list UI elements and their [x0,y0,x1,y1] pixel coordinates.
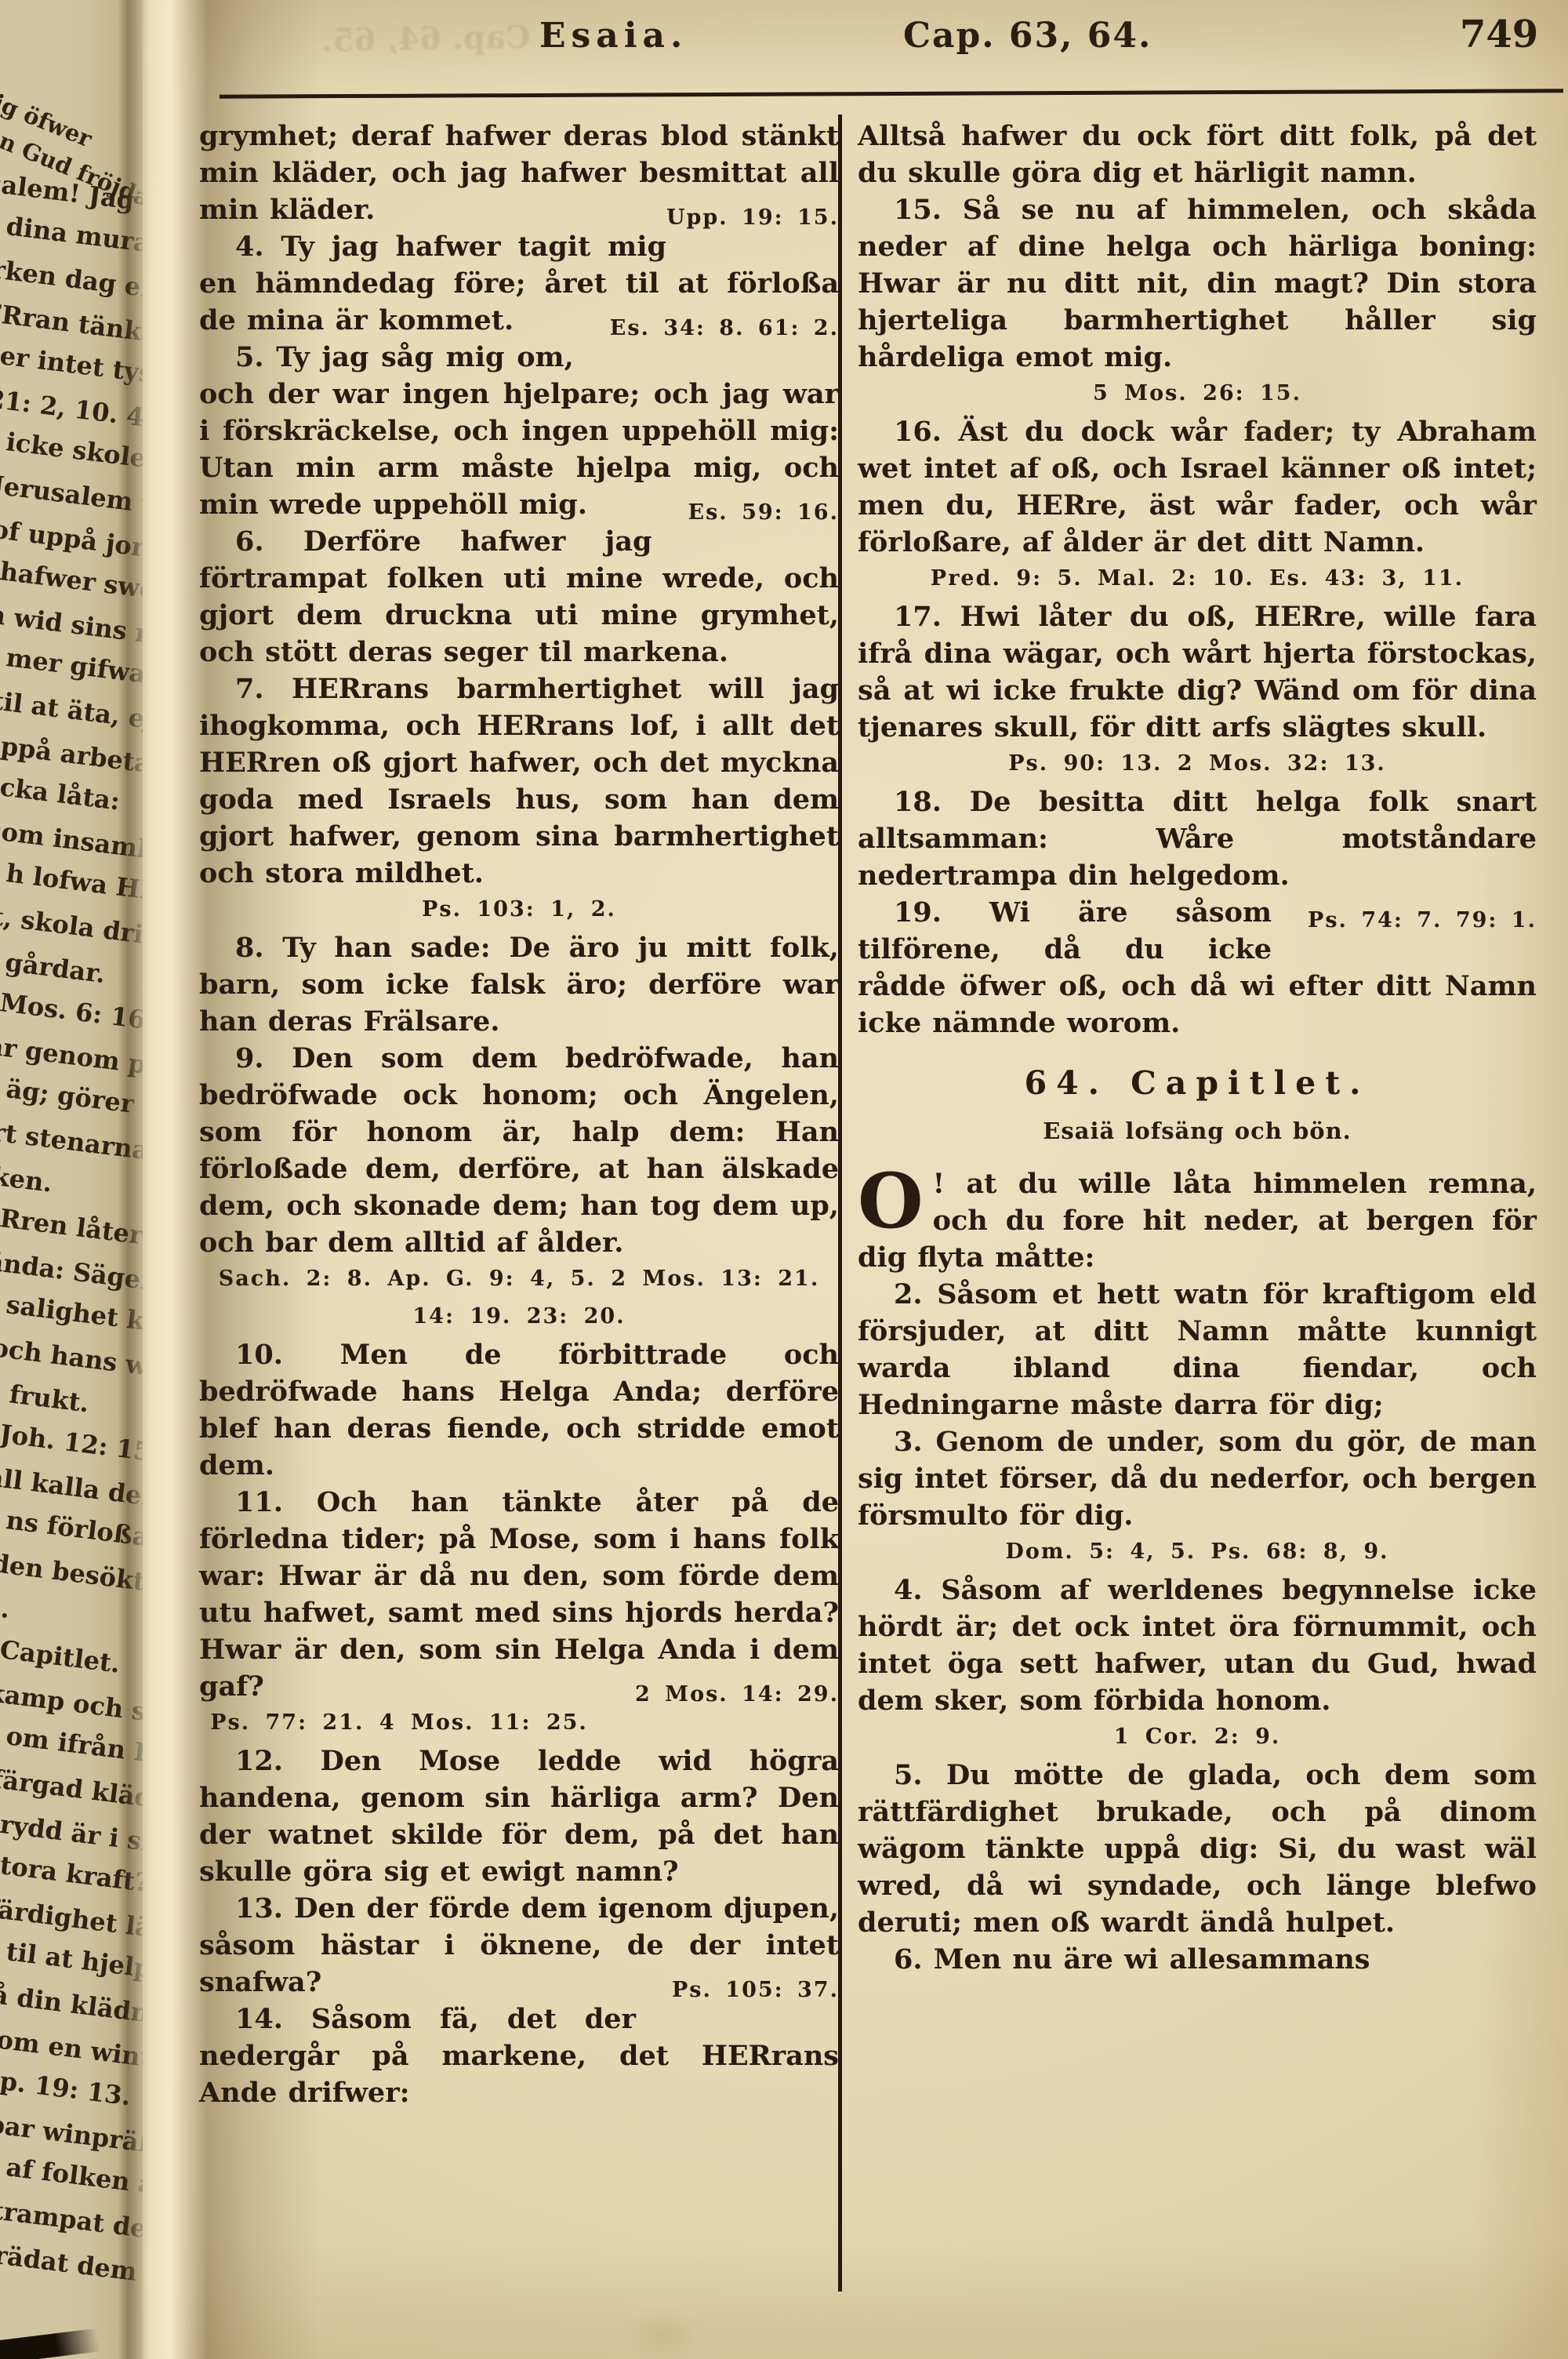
running-header-chapter-label: Cap. 63, 64. [903,16,1152,56]
verse-paragraph-dropcap: O! at du wille låta himmelen remna, och … [858,1165,1537,1276]
verse-paragraph: 3. Genom de under, som du gör, de man si… [858,1423,1537,1534]
verse-paragraph: 6. Derföre hafwer jag förtrampat folken … [199,523,839,671]
verse-paragraph: 14. Såsom fä, det der nedergår på marken… [199,2001,839,2111]
cross-reference-inline: 2 Mos. 14: 29. [599,1668,839,1713]
verse-paragraph: 11. Och han tänkte åter på de förledna t… [199,1484,839,1705]
cross-reference-line: Pred. 9: 5. Mal. 2: 10. Es. 43: 3, 11. [858,561,1537,598]
verse-paragraph: 7. HERrans barmhertighet will jag ihogko… [199,671,839,892]
verse-paragraph: Alltså hafwer du ock fört ditt folk, på … [858,118,1537,191]
verse-paragraph: 12. Den Mose ledde wid högra handena, ge… [199,1743,839,1890]
verse-paragraph: 13. Den der förde dem igenom djupen, sås… [199,1890,839,2001]
verse-paragraph: 2. Såsom et hett watn för kraftigom eld … [858,1276,1537,1423]
cross-reference-inline: Upp. 19: 15. [666,191,839,236]
cross-reference-inline: Ps. 74: 7. 79: 1. [1272,894,1537,939]
chapter-subtitle: Esaiä lofsäng och bön. [858,1113,1537,1165]
text-column-right: Alltså hafwer du ock fört ditt folk, på … [858,118,1537,1978]
verse-paragraph: 5. Ty jag såg mig om, och der war ingen … [199,339,839,523]
paper-stain [619,2306,706,2359]
cross-reference-line: 14: 19. 23: 20. [199,1299,839,1336]
verse-paragraph: 17. Hwi låter du oß, HERre, wille fara i… [858,598,1537,746]
book-page-scan: sig öfwern Gud fröjdasalem! Jag willdina… [0,0,1568,2359]
cross-reference-line: Dom. 5: 4, 5. Ps. 68: 8, 9. [858,1534,1537,1572]
cross-reference-line: Ps. 90: 13. 2 Mos. 32: 13. [858,746,1537,783]
verse-paragraph: 9. Den som dem bedröfwade, han bedröfwad… [199,1040,839,1261]
verse-paragraph: 6. Men nu äre wi allesammans [858,1941,1537,1978]
verse-paragraph: 18. De besitta ditt helga folk snart all… [858,783,1537,894]
cross-reference-inline: Ps. 105: 37. [636,1964,839,2008]
cross-reference-line: 1 Cor. 2: 9. [858,1719,1537,1757]
verse-paragraph: 5. Du mötte de glada, och dem som rättfä… [858,1757,1537,1941]
header-ink-ghost: Cap. 64, 65. [321,19,531,60]
previous-page-edge: sig öfwern Gud fröjdasalem! Jag willdina… [0,0,143,2359]
running-header-book-title: Esaia. [539,16,688,56]
cross-reference-inline: Es. 34: 8. 61: 2. [574,302,839,347]
verse-paragraph: 16. Äst du dock wår fader; ty Abraham we… [858,413,1537,561]
cross-reference-line: Ps. 103: 1, 2. [199,892,839,929]
verse-paragraph: 4. Såsom af werldenes begynnelse icke hö… [858,1572,1537,1719]
previous-page-text-fragments: sig öfwern Gud fröjdasalem! Jag willdina… [0,75,143,2275]
cross-reference-line: 5 Mos. 26: 15. [858,376,1537,413]
verse-paragraph: grymhet; deraf hafwer deras blod stänkt … [199,118,839,228]
verse-paragraph: 8. Ty han sade: De äro ju mitt folk, bar… [199,929,839,1040]
chapter-heading: 64. Capitlet. [858,1041,1537,1113]
text-column-left: grymhet; deraf hafwer deras blod stänkt … [199,118,839,2111]
verse-paragraph: 10. Men de förbittrade och bedröfwade ha… [199,1336,839,1484]
verse-paragraph: 15. Så se nu af himmelen, och skåda nede… [858,191,1537,376]
cross-reference-line: Sach. 2: 8. Ap. G. 9: 4, 5. 2 Mos. 13: 2… [199,1261,839,1299]
page-number: 749 [1460,13,1538,56]
header-rule [220,89,1563,98]
cross-reference-inline: Es. 59: 16. [652,486,840,531]
drop-cap-initial: O [858,1165,933,1231]
verse-paragraph: 4. Ty jag hafwer tagit mig en hämndedag … [199,228,839,339]
